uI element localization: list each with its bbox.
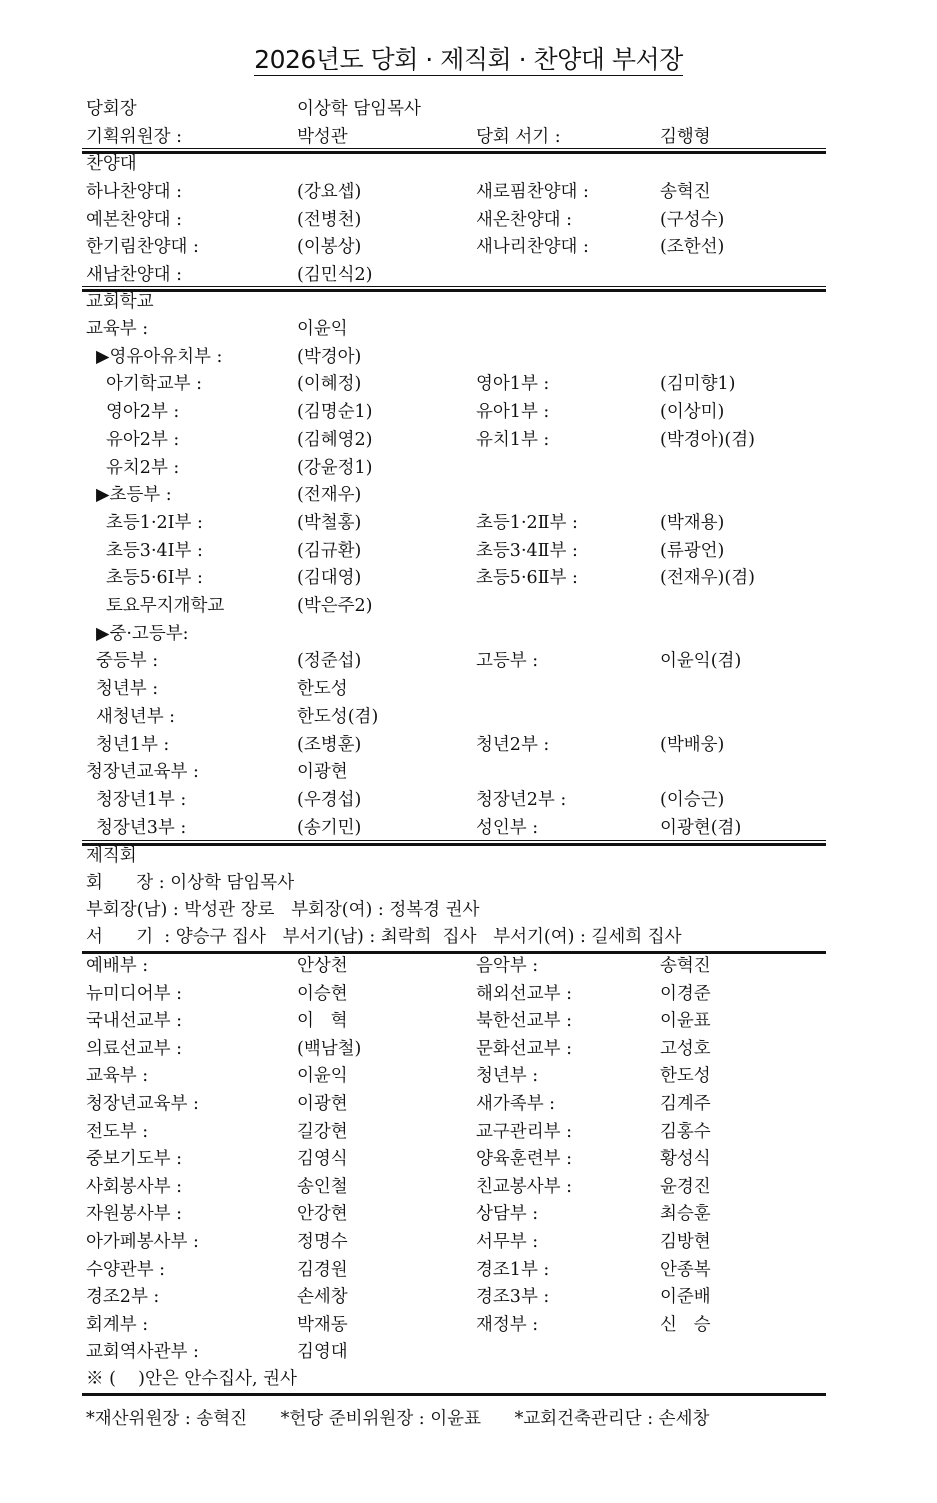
person-name: (박경아)(겸)	[660, 427, 755, 455]
role-label: 문화선교부 :	[476, 1036, 572, 1064]
role-label: 초등1·2Ⅰ부 :	[106, 510, 203, 538]
table-row: 국내선교부 :이 혁북한선교부 :이윤표	[0, 1008, 937, 1036]
role-label: 친교봉사부 :	[476, 1174, 572, 1202]
section-heading: 교회학교	[86, 289, 154, 317]
person-name: 이경준	[660, 981, 711, 1009]
role-label: 북한선교부 :	[476, 1008, 572, 1036]
table-row: 초등5·6Ⅰ부 :(김대영)초등5·6Ⅱ부 :(전재우)(겸)	[0, 565, 937, 593]
role-label: 새로핌찬양대 :	[476, 179, 589, 207]
role-label: 중보기도부 :	[86, 1146, 182, 1174]
person-name: 이승현	[297, 981, 348, 1009]
council-officer-row: 부회장(남) : 박성관 장로 부회장(여) : 정복경 권사	[0, 897, 937, 925]
person-name: (이혜정)	[297, 371, 361, 399]
table-row: 교육부 :이윤익청년부 :한도성	[0, 1063, 937, 1091]
table-row: 하나찬양대 :(강요셉)새로핌찬양대 :송혁진	[0, 179, 937, 207]
person-name: 손세창	[297, 1284, 348, 1312]
person-name: (정준섭)	[297, 648, 361, 676]
person-name: 정명수	[297, 1229, 348, 1257]
table-row: 아가페봉사부 :정명수서무부 :김방현	[0, 1229, 937, 1257]
role-label: 전도부 :	[86, 1119, 148, 1147]
role-label: 하나찬양대 :	[86, 179, 182, 207]
role-label: 초등1·2Ⅱ부 :	[476, 510, 578, 538]
table-row: 초등1·2Ⅰ부 :(박철홍)초등1·2Ⅱ부 :(박재용)	[0, 510, 937, 538]
role-label: 청년1부 :	[96, 732, 169, 760]
role-label: 서무부 :	[476, 1229, 538, 1257]
person-name: 최승훈	[660, 1201, 711, 1229]
person-name: (박경아)	[297, 344, 361, 372]
role-label: 고등부 :	[476, 648, 538, 676]
council-officer-row: 서 기 : 양승구 집사 부서기(남) : 최락희 집사 부서기(여) : 길세…	[0, 924, 937, 952]
person-name: 안종복	[660, 1257, 711, 1285]
person-name: (김미향1)	[660, 371, 736, 399]
role-label: 국내선교부 :	[86, 1008, 182, 1036]
person-name: 신 승	[660, 1312, 711, 1340]
table-row: 유치2부 :(강윤정1)	[0, 455, 937, 483]
role-label: 경조3부 :	[476, 1284, 549, 1312]
role-label: 성인부 :	[476, 815, 538, 843]
person-name: 이 혁	[297, 1008, 348, 1036]
role-label: 청장년교육부 :	[86, 759, 199, 787]
person-name: 송인철	[297, 1174, 348, 1202]
table-row: 회계부 :박재동재정부 :신 승	[0, 1312, 937, 1340]
role-label: 예배부 :	[86, 953, 148, 981]
council-officer-row: 회 장 : 이상학 담임목사	[0, 870, 937, 898]
role-label: 청장년3부 :	[96, 815, 186, 843]
section-divider	[82, 1393, 826, 1396]
person-name: 김홍수	[660, 1119, 711, 1147]
person-name: (전재우)(겸)	[660, 565, 755, 593]
section-heading-council: 제직회	[0, 843, 937, 871]
table-row: 중보기도부 :김영식양육훈련부 :황성식	[0, 1146, 937, 1174]
officer-line: 서 기 : 양승구 집사 부서기(남) : 최락희 집사 부서기(여) : 길세…	[86, 924, 682, 952]
officer-line: 회 장 : 이상학 담임목사	[86, 870, 294, 898]
person-name: 황성식	[660, 1146, 711, 1174]
person-name: 이준배	[660, 1284, 711, 1312]
role-label: 재정부 :	[476, 1312, 538, 1340]
person-name: 안강현	[297, 1201, 348, 1229]
person-name: (백남철)	[297, 1036, 361, 1064]
table-row: 아기학교부 :(이혜정)영아1부 :(김미향1)	[0, 371, 937, 399]
role-label: 당회장	[86, 96, 137, 124]
table-row: 의료선교부 :(백남철)문화선교부 :고성호	[0, 1036, 937, 1064]
person-name: 한도성	[660, 1063, 711, 1091]
role-label: 자원봉사부 :	[86, 1201, 182, 1229]
table-row: ▶중·고등부:	[0, 621, 937, 649]
role-label: 토요무지개학교	[106, 593, 224, 621]
person-name: 김영대	[297, 1339, 348, 1367]
role-label: 새청년부 :	[96, 704, 175, 732]
person-name: (조한선)	[660, 234, 724, 262]
person-name: (김혜영2)	[297, 427, 373, 455]
role-label: ▶초등부 :	[96, 482, 172, 510]
document-page: 2026년도 당회 · 제직회 · 찬양대 부서장 당회장 이상학 담임목사 기…	[0, 0, 937, 1503]
role-label: 유치2부 :	[106, 455, 179, 483]
officer-line: 부회장(남) : 박성관 장로 부회장(여) : 정복경 권사	[86, 897, 479, 925]
table-row: 중등부 :(정준섭)고등부 :이윤익(겸)	[0, 648, 937, 676]
table-row: 초등3·4Ⅰ부 :(김규환)초등3·4Ⅱ부 :(류광언)	[0, 538, 937, 566]
person-name: (송기민)	[297, 815, 361, 843]
person-name: 이윤익	[297, 316, 348, 344]
person-name: (박배웅)	[660, 732, 724, 760]
section-heading-choir: 찬양대	[0, 151, 937, 179]
table-row: 자원봉사부 :안강현상담부 :최승훈	[0, 1201, 937, 1229]
table-row: 예본찬양대 :(전병천)새온찬양대 :(구성수)	[0, 207, 937, 235]
person-name: (이상미)	[660, 399, 724, 427]
person-name: 김계주	[660, 1091, 711, 1119]
person-name: (박재용)	[660, 510, 724, 538]
person-name: (류광언)	[660, 538, 724, 566]
role-label: 회계부 :	[86, 1312, 148, 1340]
person-name: (박철홍)	[297, 510, 361, 538]
table-row: 청장년교육부 :이광현새가족부 :김계주	[0, 1091, 937, 1119]
role-label: 사회봉사부 :	[86, 1174, 182, 1202]
page-title: 2026년도 당회 · 제직회 · 찬양대 부서장	[0, 44, 937, 76]
person-name: (이승근)	[660, 787, 724, 815]
role-label: 해외선교부 :	[476, 981, 572, 1009]
session-row: 당회장 이상학 담임목사	[0, 96, 937, 124]
footer-item: *재산위원장 : 송혁진	[86, 1409, 247, 1429]
role-label: 한기림찬양대 :	[86, 234, 199, 262]
table-row: 영아2부 :(김명순1)유아1부 :(이상미)	[0, 399, 937, 427]
role-label: 교육부 :	[86, 1063, 148, 1091]
role-label: 교육부 :	[86, 316, 148, 344]
person-name: (김명순1)	[297, 399, 373, 427]
table-row: 뉴미디어부 :이승현해외선교부 :이경준	[0, 981, 937, 1009]
person-name: 김방현	[660, 1229, 711, 1257]
role-label: 중등부 :	[96, 648, 158, 676]
person-name: (강윤정1)	[297, 455, 373, 483]
person-name: 이상학 담임목사	[297, 96, 421, 124]
person-name: 윤경진	[660, 1174, 711, 1202]
person-name: 박재동	[297, 1312, 348, 1340]
person-name: 길강현	[297, 1119, 348, 1147]
table-row: 청장년3부 :(송기민)성인부 :이광현(겸)	[0, 815, 937, 843]
table-row: 경조2부 :손세창경조3부 :이준배	[0, 1284, 937, 1312]
table-row: 토요무지개학교(박은주2)	[0, 593, 937, 621]
table-row: 청년부 :한도성	[0, 676, 937, 704]
person-name: 송혁진	[660, 953, 711, 981]
table-row: 청년1부 :(조병훈)청년2부 :(박배웅)	[0, 732, 937, 760]
person-name: 이광현	[297, 1091, 348, 1119]
person-name: 한도성	[297, 676, 348, 704]
person-name: (이봉상)	[297, 234, 361, 262]
role-label: 영아1부 :	[476, 371, 549, 399]
table-row: 청장년교육부 :이광현	[0, 759, 937, 787]
role-label: 유아1부 :	[476, 399, 549, 427]
role-label: 새온찬양대 :	[476, 207, 572, 235]
person-name: (박은주2)	[297, 593, 373, 621]
footer-item: *교회건축관리단 : 손세창	[515, 1409, 710, 1429]
table-row: ▶초등부 :(전재우)	[0, 482, 937, 510]
role-label: 청년2부 :	[476, 732, 549, 760]
person-name: (김대영)	[297, 565, 361, 593]
table-row: 전도부 :길강현교구관리부 :김홍수	[0, 1119, 937, 1147]
person-name: (전재우)	[297, 482, 361, 510]
role-label: 음악부 :	[476, 953, 538, 981]
role-label: 경조2부 :	[86, 1284, 159, 1312]
section-heading: 제직회	[86, 843, 137, 871]
role-label: 뉴미디어부 :	[86, 981, 182, 1009]
footer-item: *헌당 준비위원장 : 이윤표	[281, 1409, 481, 1429]
role-label: 양육훈련부 :	[476, 1146, 572, 1174]
role-label: 예본찬양대 :	[86, 207, 182, 235]
person-name: 이윤익(겸)	[660, 648, 741, 676]
person-name: (전병천)	[297, 207, 361, 235]
person-name: (김규환)	[297, 538, 361, 566]
note-text: ※ ( )안은 안수집사, 권사	[86, 1366, 297, 1394]
table-row: 수양관부 :김경원경조1부 :안종복	[0, 1257, 937, 1285]
person-name: 안상천	[297, 953, 348, 981]
table-row: ▶영유아유치부 :(박경아)	[0, 344, 937, 372]
table-row: 사회봉사부 :송인철친교봉사부 :윤경진	[0, 1174, 937, 1202]
table-row: 청장년1부 :(우경섭)청장년2부 :(이승근)	[0, 787, 937, 815]
role-label: 초등3·4Ⅱ부 :	[476, 538, 578, 566]
note-row: ※ ( )안은 안수집사, 권사	[0, 1366, 937, 1394]
page-title-text: 2026년도 당회 · 제직회 · 찬양대 부서장	[254, 45, 683, 76]
person-name: (조병훈)	[297, 732, 361, 760]
role-label: 수양관부 :	[86, 1257, 165, 1285]
section-heading-school: 교회학교	[0, 289, 937, 317]
person-name: 이광현	[297, 759, 348, 787]
role-label: 청년부 :	[476, 1063, 538, 1091]
person-name: (강요셉)	[297, 179, 361, 207]
role-label: ▶중·고등부:	[96, 621, 189, 649]
person-name: 이윤표	[660, 1008, 711, 1036]
role-label: 유아2부 :	[106, 427, 179, 455]
role-label: 청장년2부 :	[476, 787, 566, 815]
table-row: 예배부 :안상천음악부 :송혁진	[0, 953, 937, 981]
role-label: 청장년교육부 :	[86, 1091, 199, 1119]
role-label: 초등5·6Ⅱ부 :	[476, 565, 578, 593]
section-heading: 찬양대	[86, 151, 137, 179]
role-label: 아가페봉사부 :	[86, 1229, 199, 1257]
table-row: 교회역사관부 :김영대	[0, 1339, 937, 1367]
person-name: (구성수)	[660, 207, 724, 235]
person-name: 한도성(겸)	[297, 704, 378, 732]
role-label: ▶영유아유치부 :	[96, 344, 222, 372]
role-label: 의료선교부 :	[86, 1036, 182, 1064]
role-label: 청장년1부 :	[96, 787, 186, 815]
role-label: 초등5·6Ⅰ부 :	[106, 565, 203, 593]
person-name: 김영식	[297, 1146, 348, 1174]
person-name: 김경원	[297, 1257, 348, 1285]
person-name: 고성호	[660, 1036, 711, 1064]
table-row: 유아2부 :(김혜영2)유치1부 :(박경아)(겸)	[0, 427, 937, 455]
person-name: 송혁진	[660, 179, 711, 207]
person-name: 이광현(겸)	[660, 815, 741, 843]
role-label: 새가족부 :	[476, 1091, 555, 1119]
table-row: 한기림찬양대 :(이봉상)새나리찬양대 :(조한선)	[0, 234, 937, 262]
role-label: 초등3·4Ⅰ부 :	[106, 538, 203, 566]
role-label: 아기학교부 :	[106, 371, 202, 399]
footer: *재산위원장 : 송혁진 *헌당 준비위원장 : 이윤표 *교회건축관리단 : …	[86, 1405, 737, 1433]
person-name: 이윤익	[297, 1063, 348, 1091]
role-label: 상담부 :	[476, 1201, 538, 1229]
role-label: 경조1부 :	[476, 1257, 549, 1285]
table-row: 교육부 :이윤익	[0, 316, 937, 344]
role-label: 교구관리부 :	[476, 1119, 572, 1147]
role-label: 청년부 :	[96, 676, 158, 704]
role-label: 새나리찬양대 :	[476, 234, 589, 262]
role-label: 유치1부 :	[476, 427, 549, 455]
role-label: 영아2부 :	[106, 399, 179, 427]
role-label: 교회역사관부 :	[86, 1339, 199, 1367]
table-row: 새청년부 :한도성(겸)	[0, 704, 937, 732]
person-name: (우경섭)	[297, 787, 361, 815]
